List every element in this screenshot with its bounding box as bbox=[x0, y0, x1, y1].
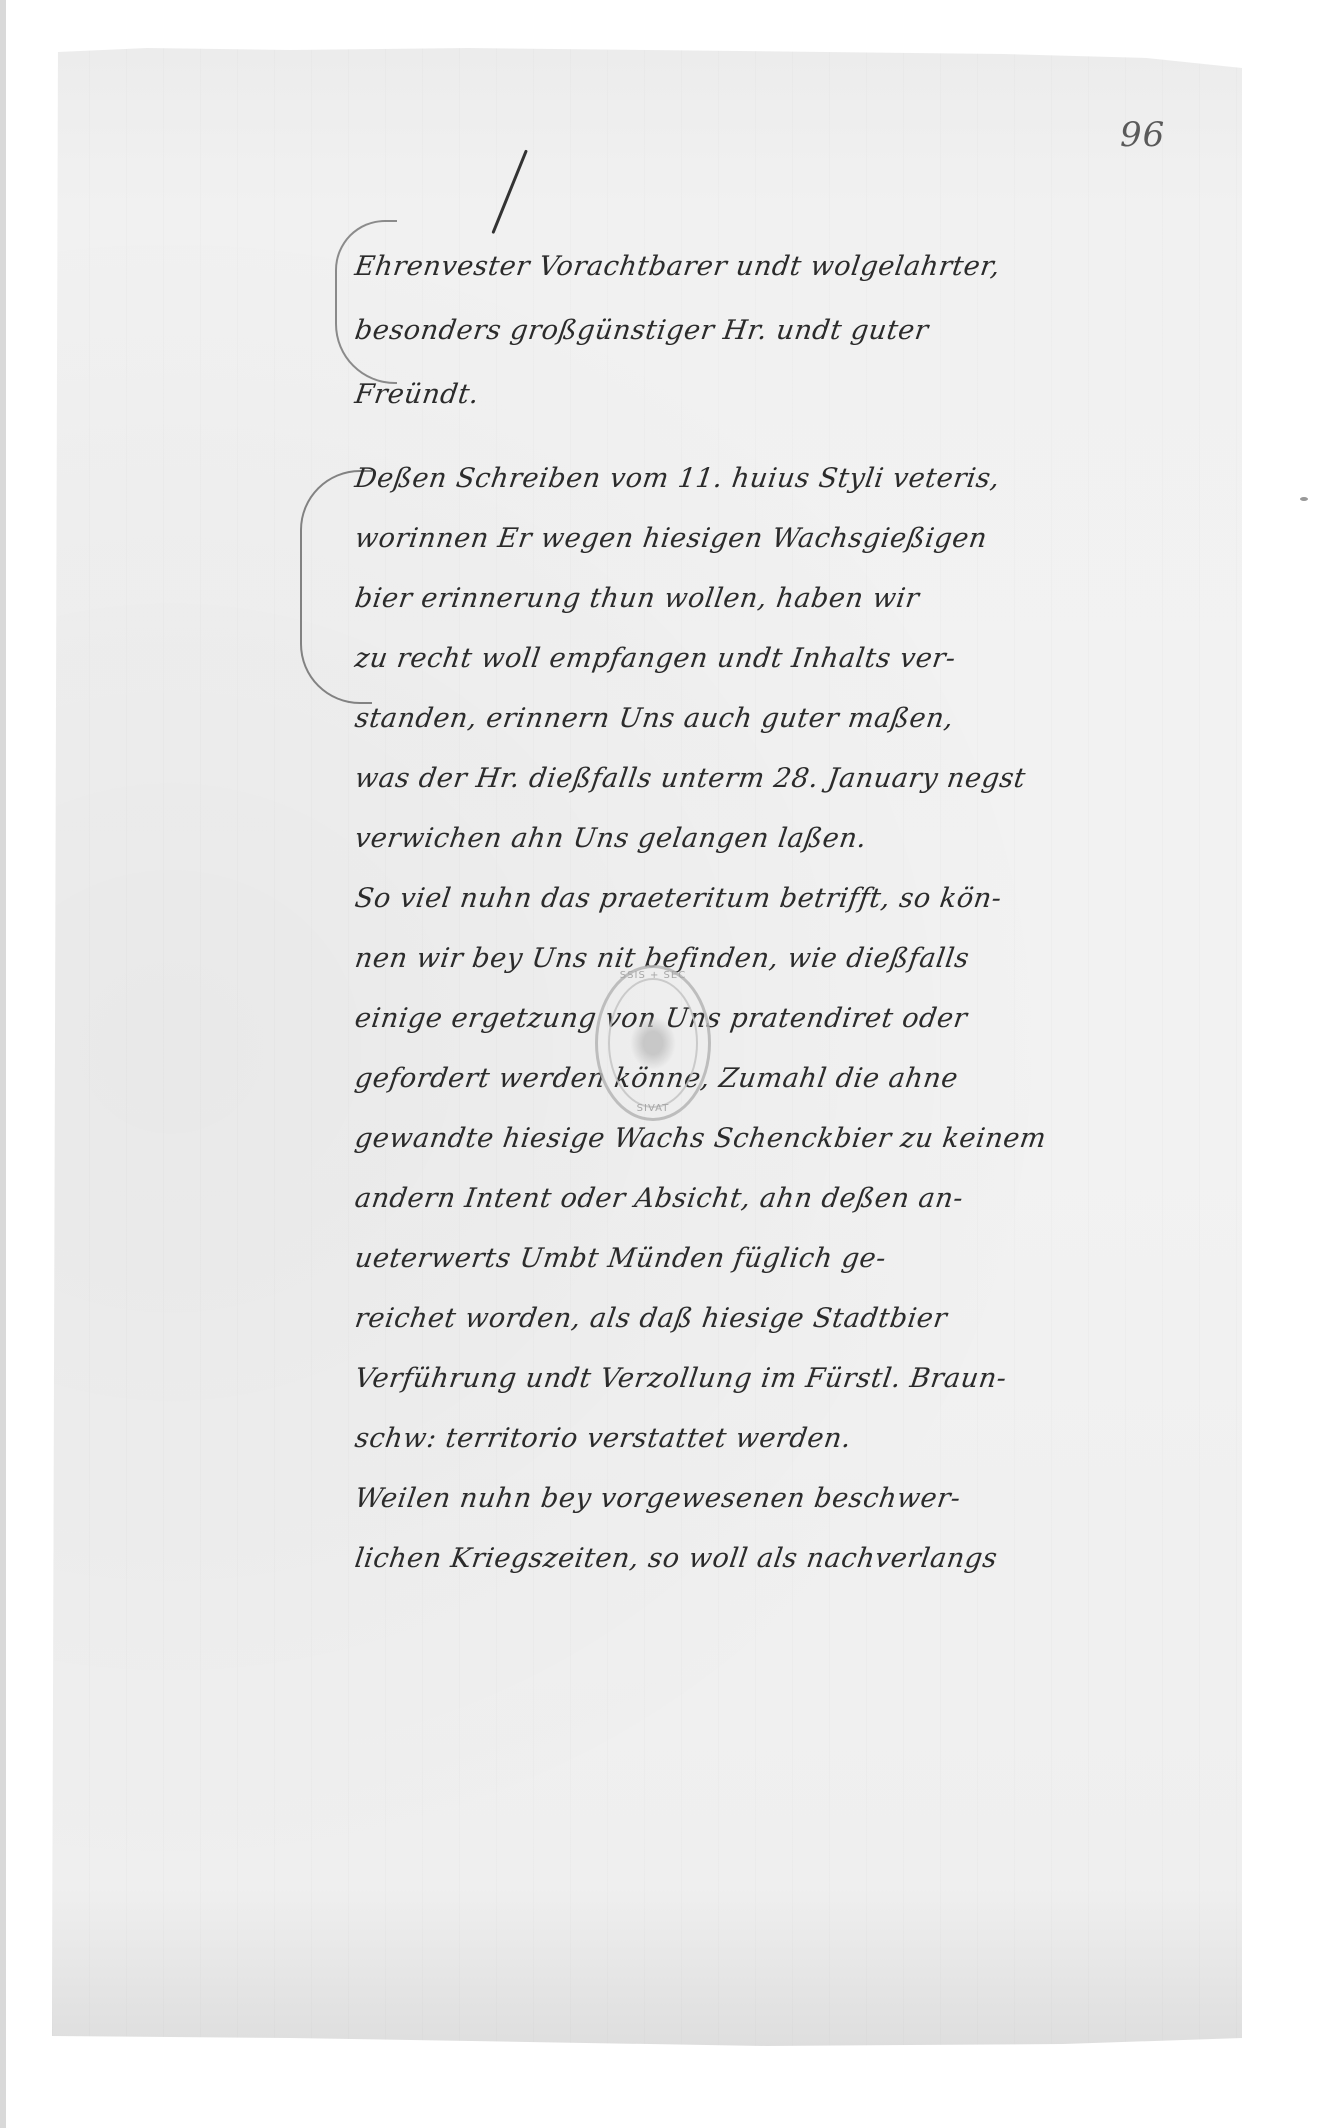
text-line: standen, erinnern Uns auch guter maßen, bbox=[351, 689, 1189, 749]
stamp-text-top: SSIS + SEC bbox=[598, 970, 708, 981]
library-stamp: SSIS + SEC SIVAT bbox=[595, 965, 711, 1121]
text-line: Deßen Schreiben vom 11. huius Styli vete… bbox=[351, 449, 1189, 509]
text-line: einige ergetzung von Uns pratendiret ode… bbox=[351, 989, 1189, 1049]
salutation-line: Ehrenvester Vorachtbarer undt wolgelahrt… bbox=[351, 235, 1190, 299]
text-line: reichet worden, als daß hiesige Stadtbie… bbox=[351, 1289, 1189, 1349]
text-line: lichen Kriegszeiten, so woll als nachver… bbox=[351, 1529, 1189, 1589]
text-line: bier erinnerung thun wollen, haben wir bbox=[351, 569, 1189, 629]
text-line: ueterwerts Umbt Münden füglich ge- bbox=[351, 1229, 1189, 1289]
text-line: zu recht woll empfangen undt Inhalts ver… bbox=[351, 629, 1189, 689]
salutation-line: besonders großgünstiger Hr. undt guter bbox=[351, 299, 1190, 363]
text-line: gefordert werden könne, Zumahl die ahne bbox=[351, 1049, 1189, 1109]
text-line: worinnen Er wegen hiesigen Wachsgießigen bbox=[351, 509, 1189, 569]
text-line: verwichen ahn Uns gelangen laßen. bbox=[351, 809, 1189, 869]
text-line: nen wir bey Uns nit befinden, wie dießfa… bbox=[351, 929, 1189, 989]
text-line: schw: territorio verstattet werden. bbox=[351, 1409, 1189, 1469]
text-line: andern Intent oder Absicht, ahn deßen an… bbox=[351, 1169, 1189, 1229]
ink-speck bbox=[1300, 497, 1308, 501]
scan-edge bbox=[0, 0, 6, 2128]
letter-body: Ehrenvester Vorachtbarer undt wolgelahrt… bbox=[355, 235, 1185, 1589]
text-line: Verführung undt Verzollung im Fürstl. Br… bbox=[351, 1349, 1189, 1409]
text-line: Weilen nuhn bey vorgewesenen beschwer- bbox=[351, 1469, 1189, 1529]
folio-number: 96 bbox=[1120, 115, 1165, 155]
text-line: was der Hr. dießfalls unterm 28. January… bbox=[351, 749, 1189, 809]
stamp-text-bottom: SIVAT bbox=[598, 1103, 708, 1114]
text-line: gewandte hiesige Wachs Schenckbier zu ke… bbox=[351, 1109, 1189, 1169]
salutation-line: Freündt. bbox=[351, 363, 1190, 427]
lion-emblem-icon bbox=[630, 1016, 676, 1070]
text-line: So viel nuhn das praeteritum betrifft, s… bbox=[351, 869, 1189, 929]
